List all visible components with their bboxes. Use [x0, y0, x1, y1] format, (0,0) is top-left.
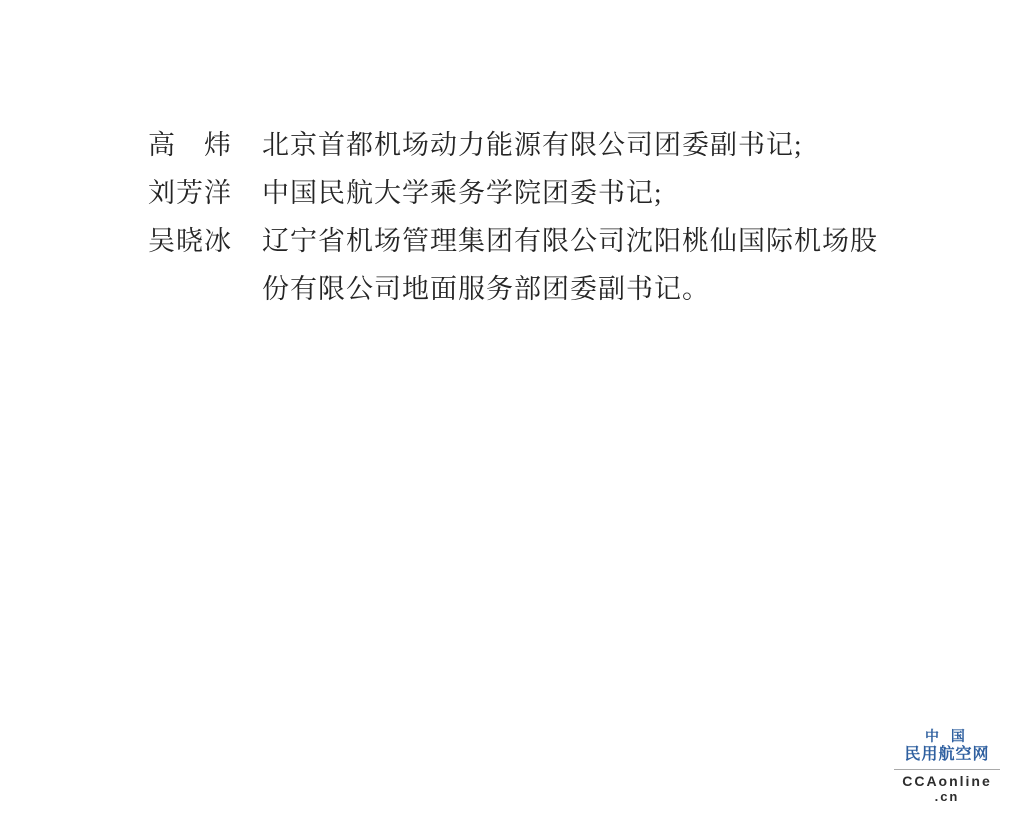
person-title-line: 辽宁省机场管理集团有限公司沈阳桃仙国际机场股	[262, 226, 878, 256]
roster-row: 吴晓冰 辽宁省机场管理集团有限公司沈阳桃仙国际机场股 份有限公司地面服务部团委副…	[148, 217, 878, 313]
person-title-line: 份有限公司地面服务部团委副书记。	[262, 274, 710, 304]
person-name: 刘芳洋	[148, 169, 262, 217]
roster-row: 高 炜 北京首都机场动力能源有限公司团委副书记;	[148, 121, 878, 169]
watermark-site-name: 民用航空网	[894, 745, 1000, 765]
watermark-divider	[894, 769, 1000, 770]
person-title: 北京首都机场动力能源有限公司团委副书记;	[262, 121, 803, 169]
person-title-line: 北京首都机场动力能源有限公司团委副书记;	[262, 130, 803, 160]
watermark-country-label: 中 国	[894, 728, 1000, 745]
person-name: 吴晓冰	[148, 217, 262, 265]
person-name: 高 炜	[148, 121, 262, 169]
watermark-domain: CCAonline	[894, 773, 1000, 789]
person-title-line: 中国民航大学乘务学院团委书记;	[262, 178, 663, 208]
awardee-roster: 高 炜 北京首都机场动力能源有限公司团委副书记; 刘芳洋 中国民航大学乘务学院团…	[148, 121, 878, 313]
person-title: 中国民航大学乘务学院团委书记;	[262, 169, 663, 217]
site-watermark: 中 国 民用航空网 CCAonline .cn	[894, 728, 1000, 805]
watermark-domain-tld: .cn	[894, 789, 1000, 805]
document-page: 高 炜 北京首都机场动力能源有限公司团委副书记; 刘芳洋 中国民航大学乘务学院团…	[0, 0, 1014, 819]
person-title: 辽宁省机场管理集团有限公司沈阳桃仙国际机场股 份有限公司地面服务部团委副书记。	[262, 217, 878, 313]
roster-row: 刘芳洋 中国民航大学乘务学院团委书记;	[148, 169, 878, 217]
